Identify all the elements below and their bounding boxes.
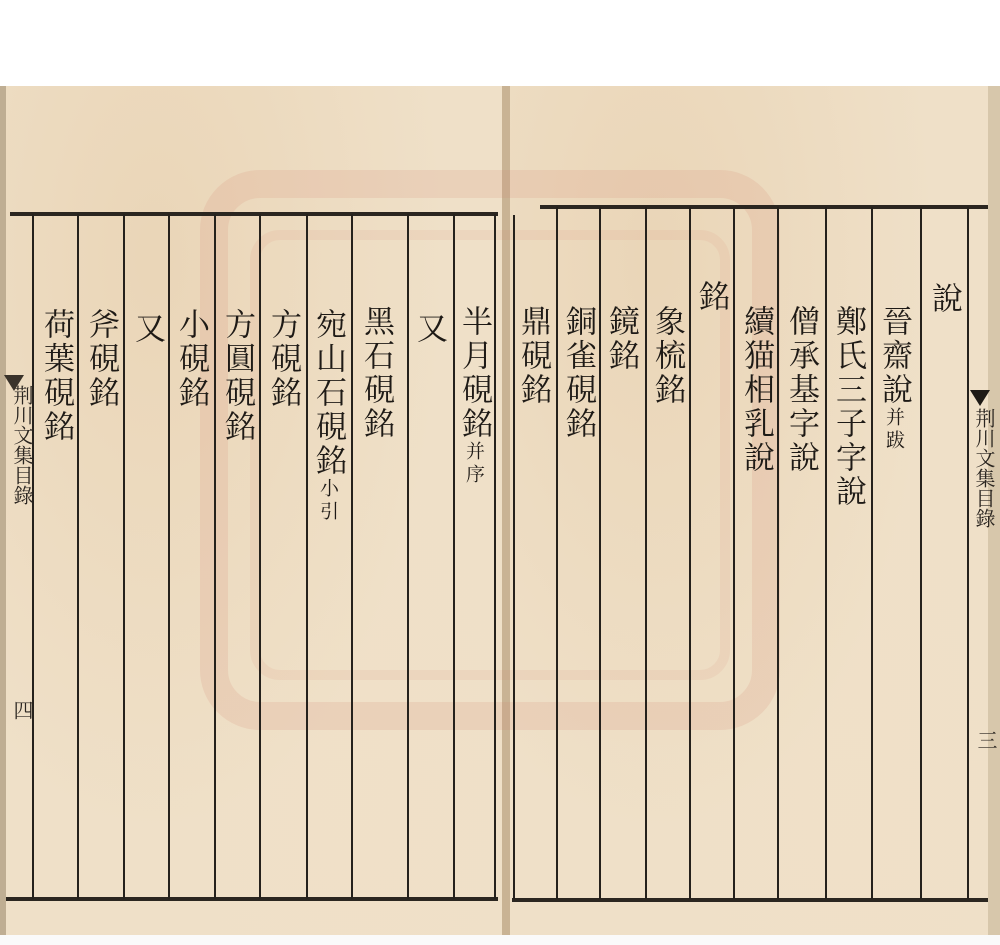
- left-frame-top: [10, 212, 498, 216]
- left-frame-bottom: [6, 897, 498, 901]
- right-rule: [777, 207, 779, 899]
- left-rule: [123, 214, 125, 899]
- toc-entry: 鄭氏三子字說: [832, 305, 863, 509]
- right-frame-bottom: [512, 898, 988, 902]
- toc-entry: 小硯銘: [175, 308, 206, 410]
- left-rule: [494, 214, 496, 899]
- right-rule: [920, 207, 922, 899]
- left-rule: [77, 214, 79, 899]
- left-rule: [32, 214, 34, 899]
- right-rule: [556, 207, 558, 899]
- entry-title: 晉齋說: [876, 305, 912, 407]
- toc-entry: 鏡銘: [605, 305, 636, 373]
- background-strip: [0, 935, 1000, 945]
- left-rule: [407, 214, 409, 899]
- left-rule: [168, 214, 170, 899]
- banxin-title: 荆川文集目錄: [8, 385, 37, 505]
- left-rule: [351, 214, 353, 899]
- toc-entry: 黑石硯銘: [360, 305, 391, 441]
- toc-entry: 象梳銘: [651, 305, 682, 407]
- toc-entry: 方圓硯銘: [221, 308, 252, 444]
- toc-entry: 續猫相乳說: [740, 305, 771, 475]
- left-rule: [259, 214, 261, 899]
- entry-note: 并跋: [883, 407, 905, 453]
- toc-entry: 斧硯銘: [85, 308, 116, 410]
- right-rule: [733, 207, 735, 899]
- toc-entry: 又: [413, 312, 444, 346]
- section-heading-shuo: 說: [928, 282, 959, 316]
- entry-note: 小引: [317, 478, 339, 524]
- toc-entry: 鼎硯銘: [517, 305, 548, 407]
- toc-entry: 半月硯銘并序: [458, 305, 489, 487]
- right-rule: [967, 207, 969, 899]
- left-rule: [306, 214, 308, 899]
- entry-note: 并序: [463, 441, 485, 487]
- toc-entry: 方硯銘: [267, 308, 298, 410]
- toc-entry: 晉齋說并跋: [878, 305, 909, 453]
- toc-entry: 宛山石硯銘小引: [312, 308, 343, 524]
- entry-title: 半月硯銘: [456, 305, 492, 441]
- toc-entry: 僧承基字說: [785, 305, 816, 475]
- toc-entry: 銅雀硯銘: [562, 305, 593, 441]
- banxin-title: 荆川文集目錄: [970, 408, 999, 528]
- right-rule: [599, 207, 601, 899]
- entry-title: 宛山石硯銘: [310, 308, 346, 478]
- banxin-page-number: 三: [972, 730, 1000, 750]
- right-rule: [645, 207, 647, 899]
- right-rule: [871, 207, 873, 899]
- toc-entry: 荷葉硯銘: [40, 308, 71, 444]
- right-rule: [825, 207, 827, 899]
- right-rule: [689, 207, 691, 899]
- left-rule: [453, 214, 455, 899]
- fish-tail-mark: [970, 390, 990, 406]
- toc-entry: 又: [131, 312, 162, 346]
- section-heading-ming: 銘: [695, 280, 726, 314]
- banxin-page-number: 四: [8, 700, 37, 720]
- left-rule: [214, 214, 216, 899]
